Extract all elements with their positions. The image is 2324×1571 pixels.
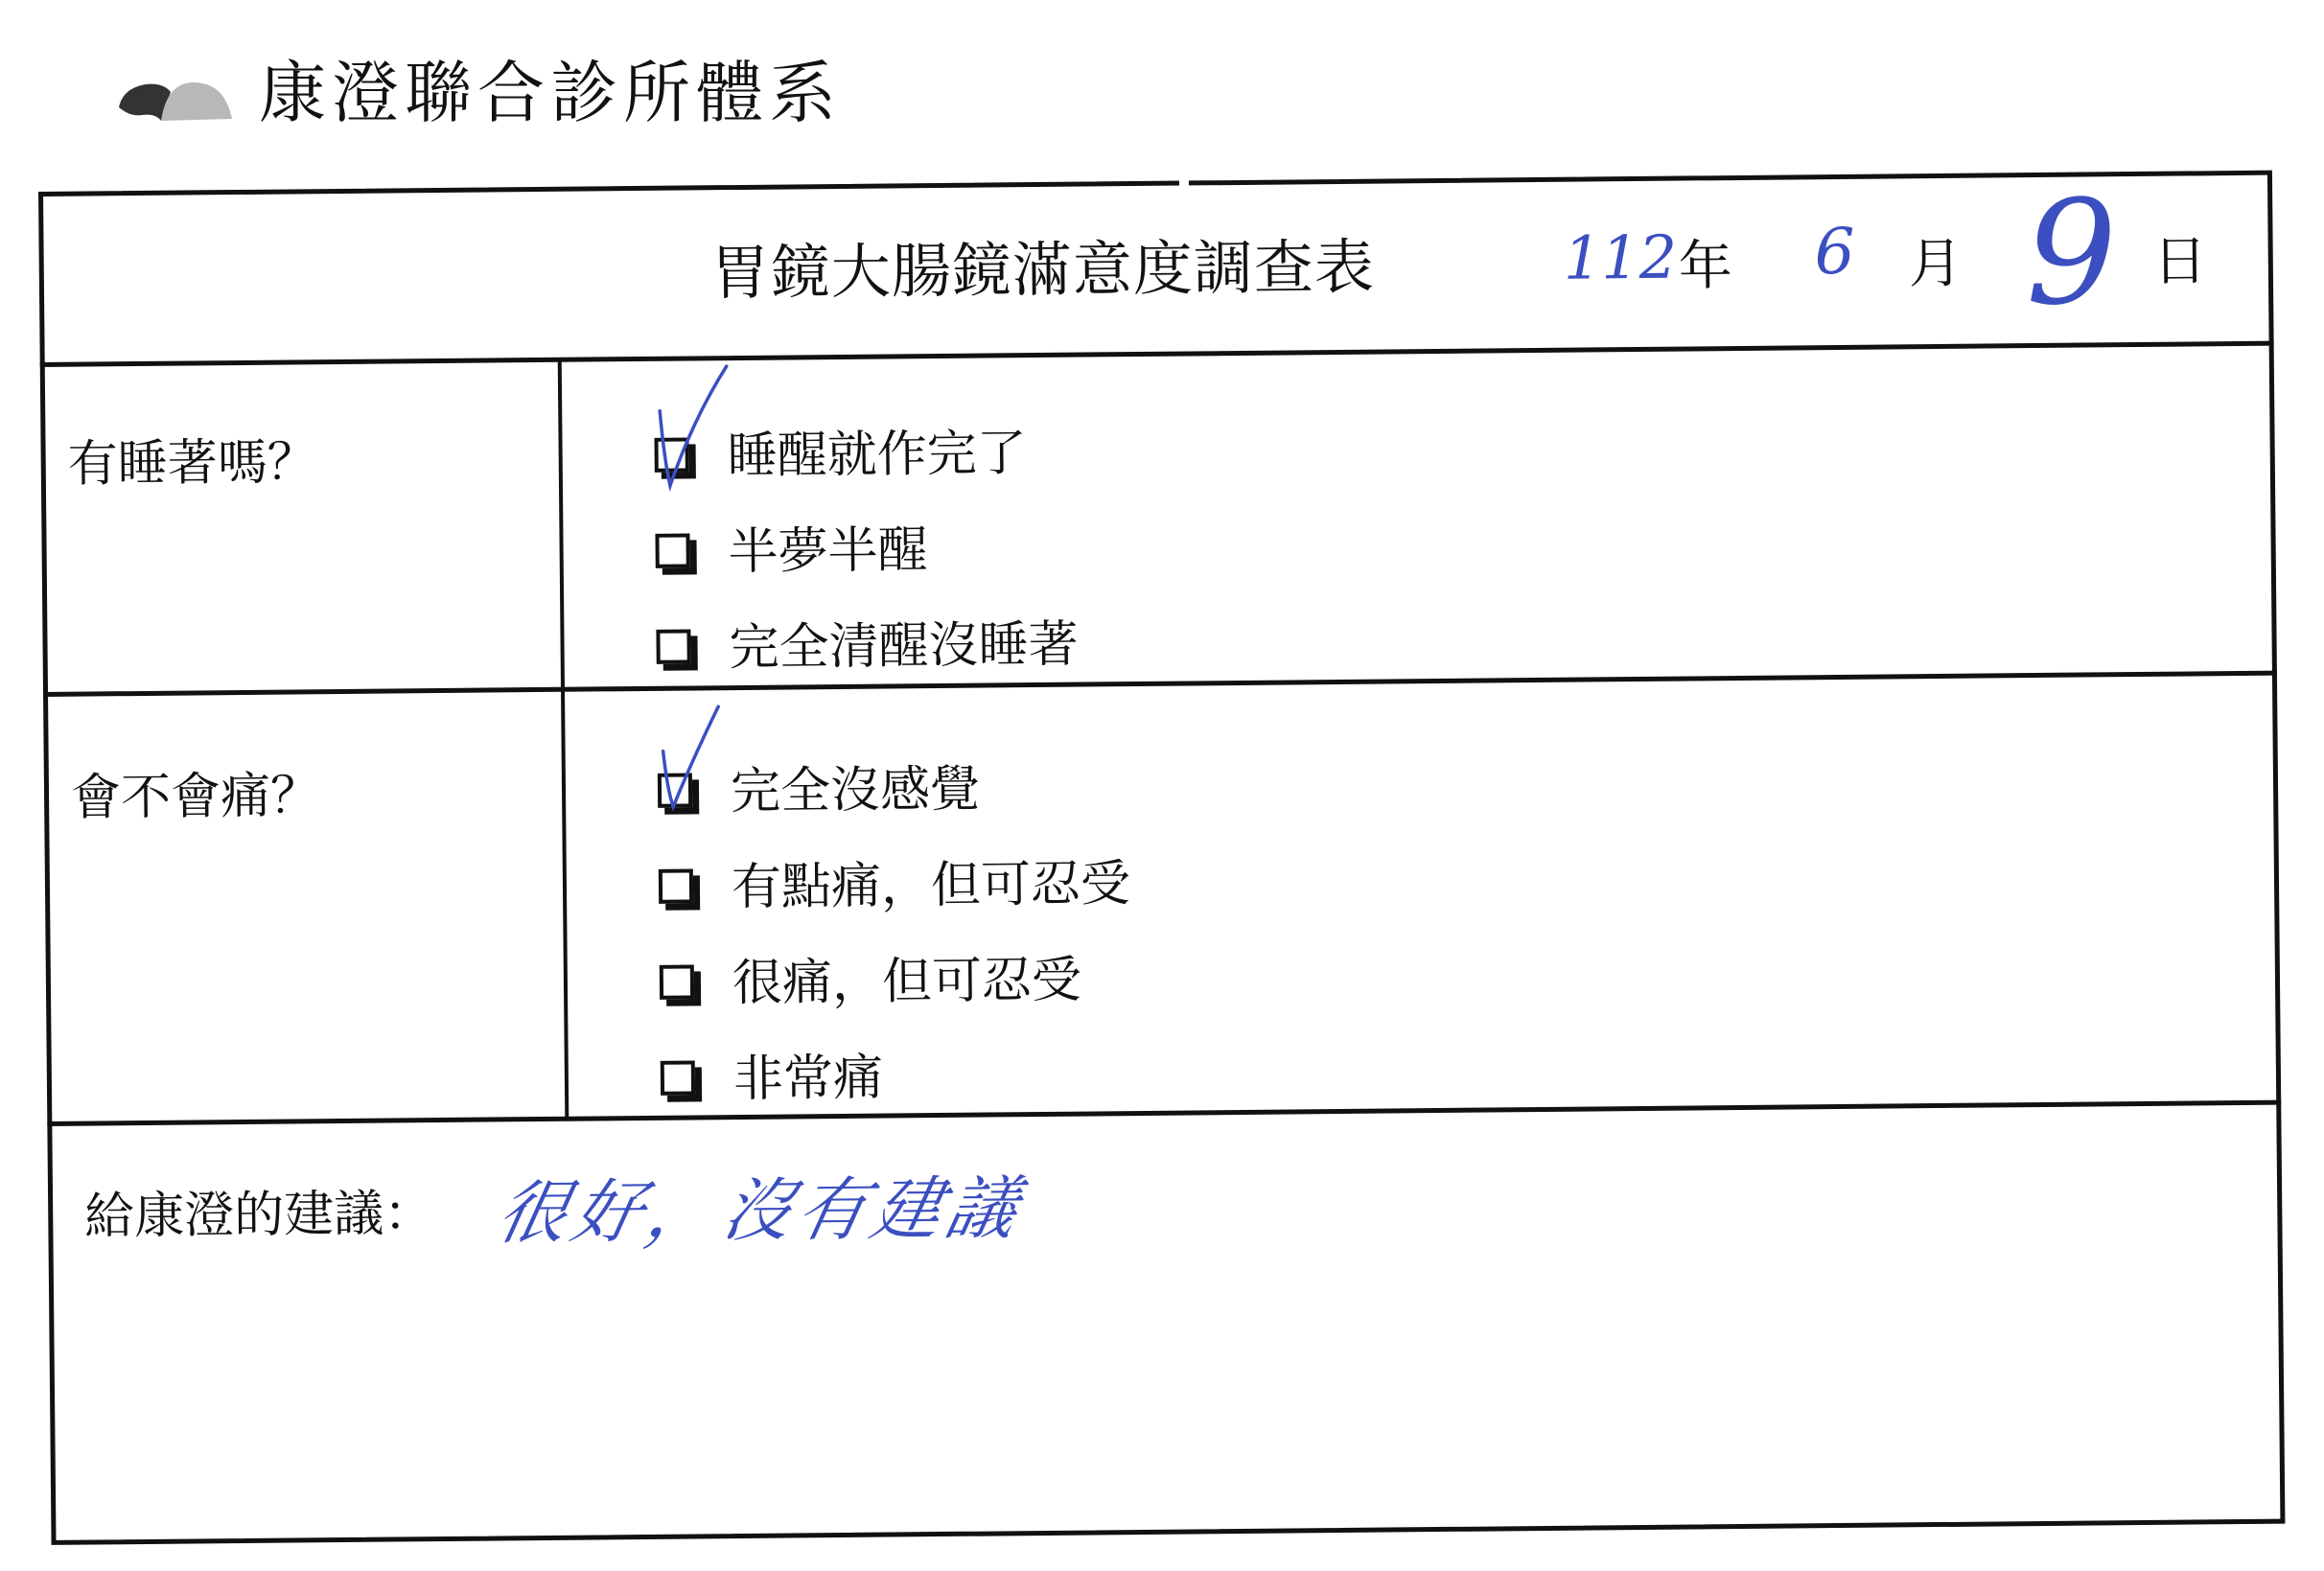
organization-name: 康澄聯合診所體系 — [259, 50, 842, 136]
year-label: 年 — [1678, 233, 1732, 301]
option-label: 非常痛 — [733, 1047, 884, 1111]
checkmark-icon — [657, 703, 725, 819]
question-label-pain: 會不會痛？ — [71, 764, 321, 829]
day-label: 日 — [2152, 228, 2207, 296]
suggestion-label: 給康澄的建議： — [84, 1182, 434, 1248]
option-label: 完全清醒沒睡著 — [729, 613, 1079, 680]
option-pain-very[interactable]: 很痛，但可忍受 — [660, 949, 1082, 1016]
suggestion-input[interactable]: 很好，沒有建議 — [490, 1165, 1031, 1256]
checkmark-icon — [654, 362, 732, 497]
checkbox[interactable] — [659, 868, 693, 903]
date-month-field[interactable]: 6 — [1814, 215, 1855, 289]
option-label: 半夢半醒 — [728, 519, 928, 584]
checkbox[interactable] — [661, 1060, 695, 1095]
option-pain-slight[interactable]: 有點痛，但可忍受 — [659, 852, 1131, 920]
option-sleep-fully-awake[interactable]: 完全清醒沒睡著 — [656, 613, 1079, 681]
checkbox[interactable] — [656, 629, 690, 663]
option-label: 睡醒就作完了 — [727, 422, 1027, 488]
question-label-sleep: 有睡著嗎？ — [67, 430, 317, 496]
option-pain-extreme[interactable]: 非常痛 — [661, 1047, 884, 1112]
suggestion-section: 給康澄的建議： 很好，沒有建議 — [47, 1105, 2285, 1545]
checkbox[interactable] — [655, 533, 689, 567]
checkbox[interactable] — [660, 964, 694, 999]
date-day-field[interactable]: 9 — [2025, 172, 2118, 335]
option-label: 完全沒感覺 — [731, 758, 981, 823]
date-year-field[interactable]: 112 — [1563, 222, 1677, 293]
form-title: 胃鏡大腸鏡滿意度調查表 — [709, 229, 1375, 312]
option-label: 有點痛，但可忍受 — [732, 852, 1131, 919]
satisfaction-survey-form: 胃鏡大腸鏡滿意度調查表 112 年 6 月 9 日 有睡著嗎？ 睡醒就作完了 半… — [38, 171, 2285, 1545]
month-label: 月 — [1908, 231, 1963, 299]
option-label: 很痛，但可忍受 — [732, 949, 1082, 1015]
clinic-logo-icon — [117, 77, 234, 125]
title-row: 胃鏡大腸鏡滿意度調查表 112 年 6 月 9 日 — [38, 171, 2274, 364]
option-sleep-half-awake[interactable]: 半夢半醒 — [655, 519, 928, 585]
